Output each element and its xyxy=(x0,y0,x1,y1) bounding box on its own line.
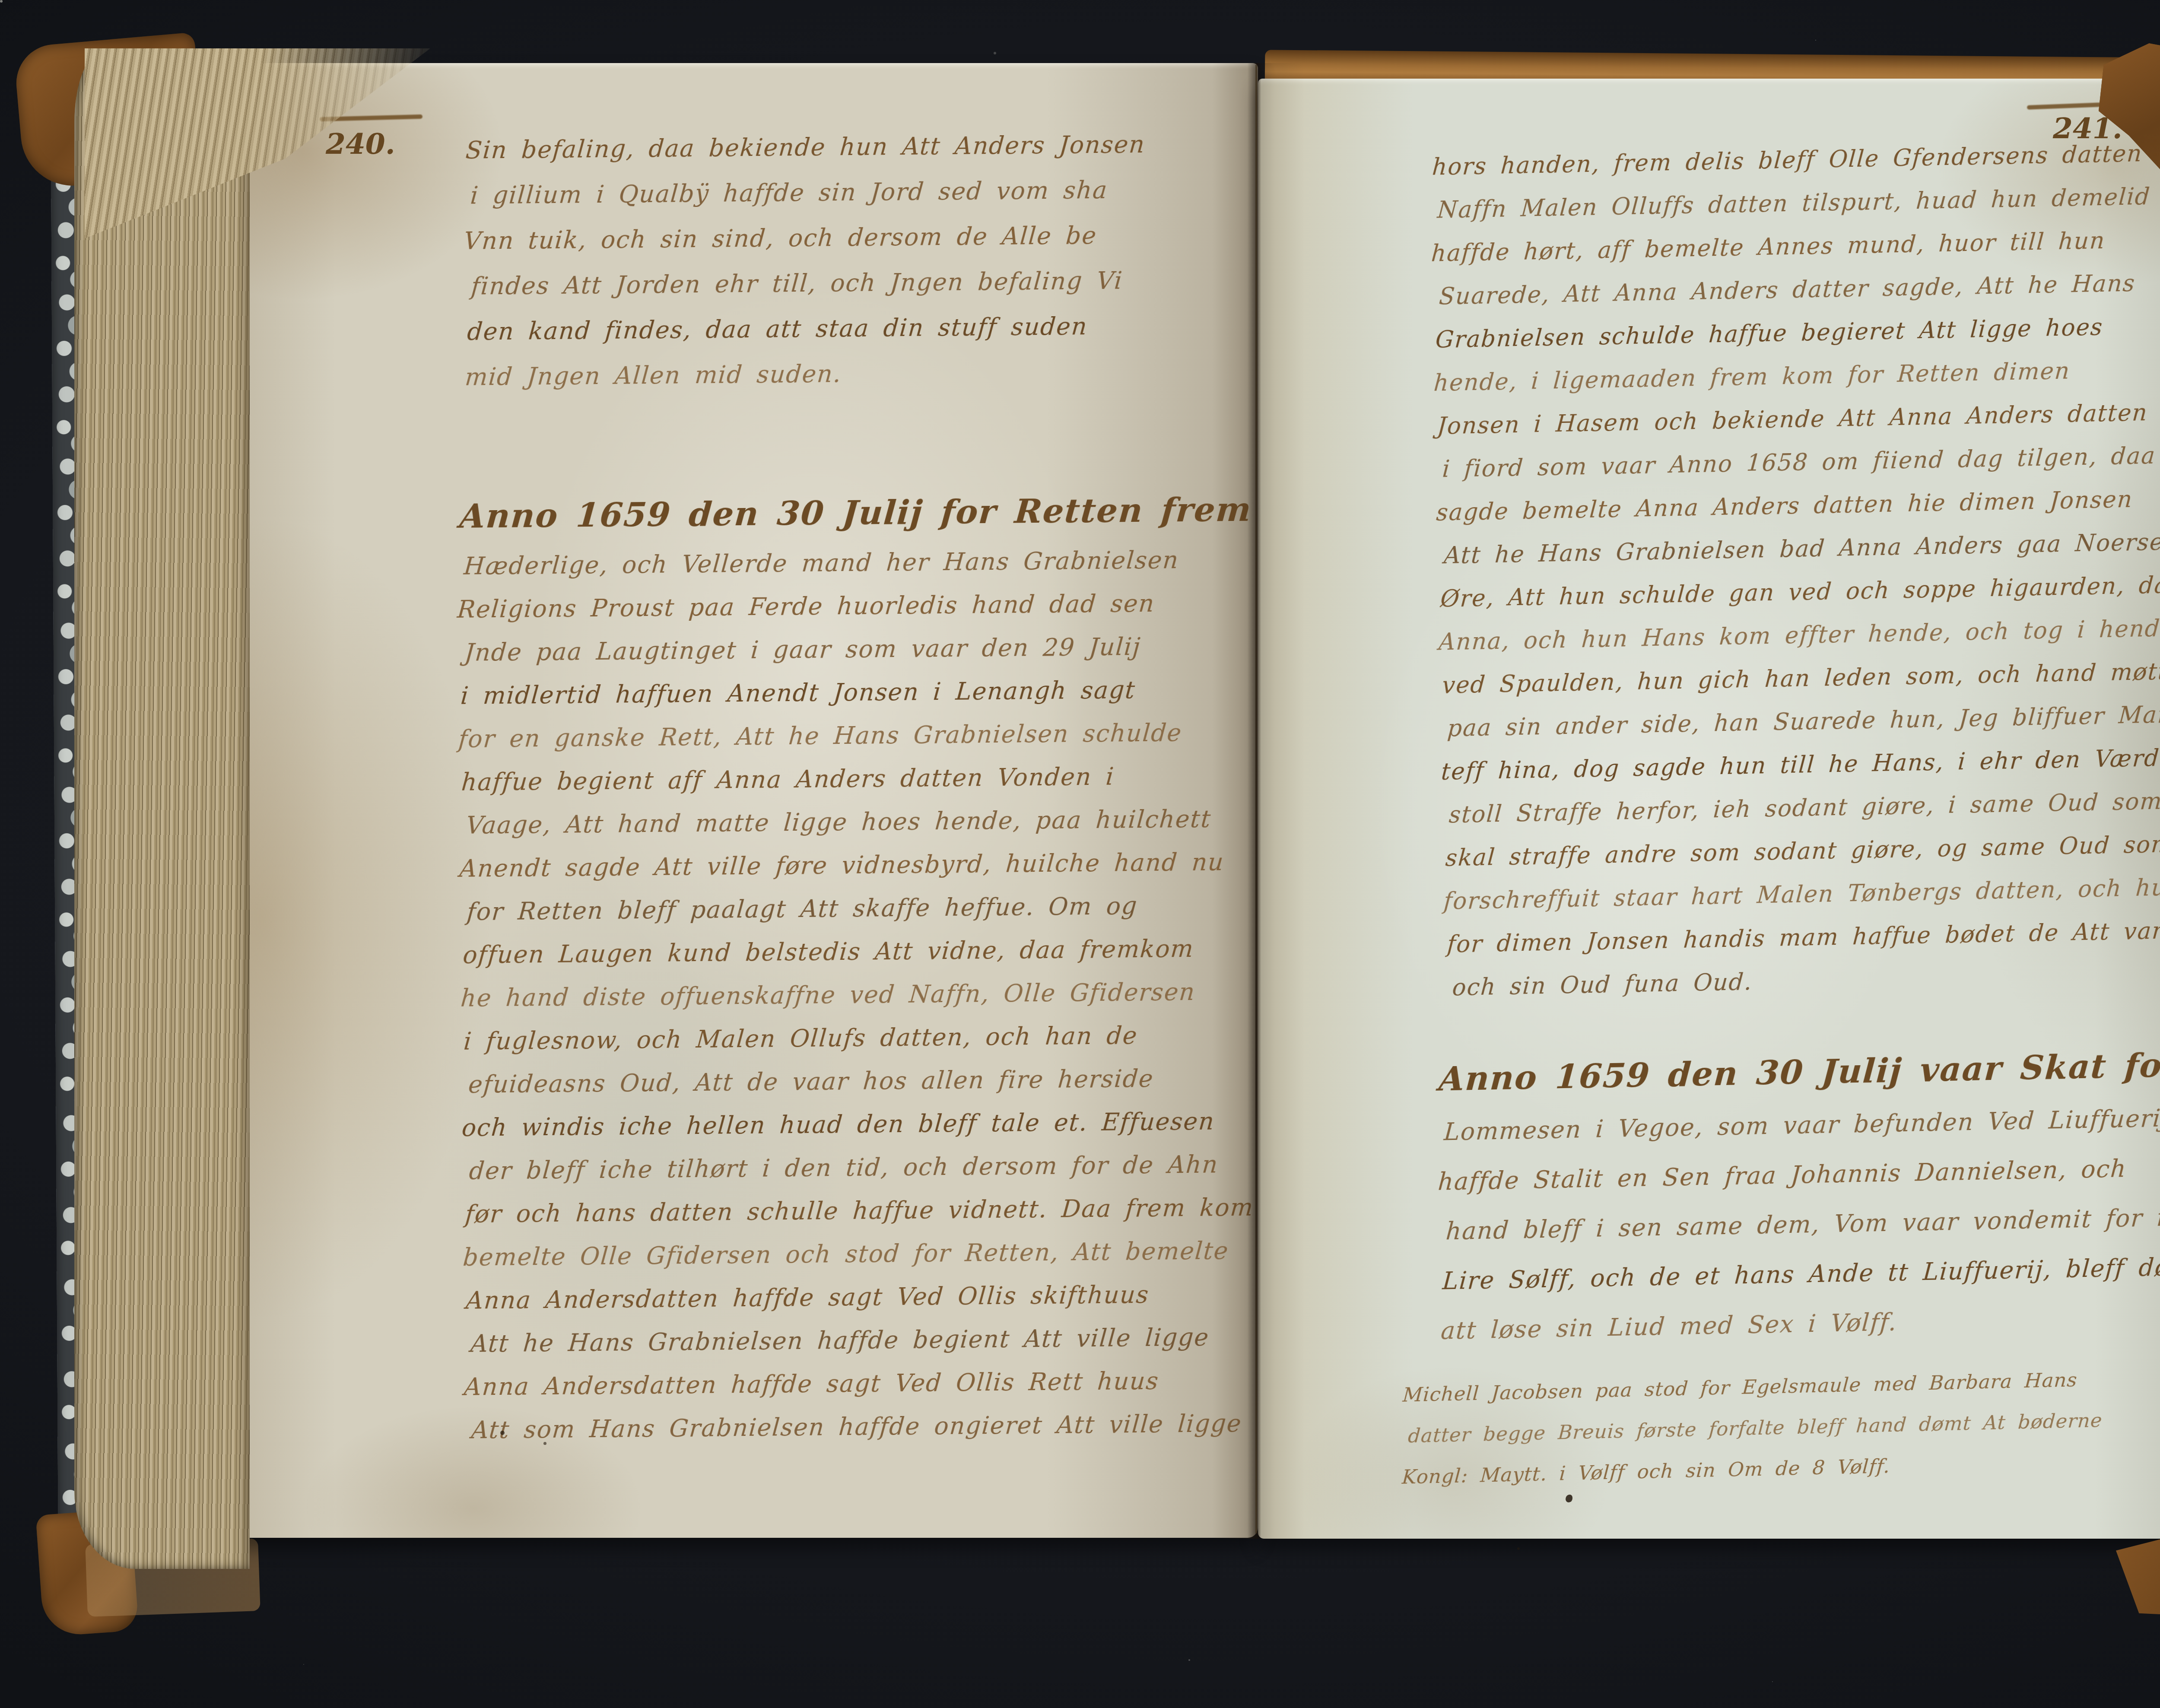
manuscript-line: he hand diste offuenskaffne ved Naffn, O… xyxy=(459,970,1256,1020)
manuscript-line: for en ganske Rett, Att he Hans Grabniel… xyxy=(457,711,1253,761)
manuscript-paragraph: Anno 1659 den 30 Julij for Retten frem k… xyxy=(457,482,1256,1452)
manuscript-line: den kand findes, daa att staa din stuff … xyxy=(466,302,1255,355)
archive-photo-background: 240. Sin befaling, daa bekiende hun Att … xyxy=(0,0,2160,1708)
manuscript-paragraph: Michell Jacobsen paa stod for Egelsmaule… xyxy=(1401,1356,2160,1498)
page-number-left: 240. xyxy=(326,127,395,161)
dust-specks xyxy=(0,0,3,3)
ink-blot xyxy=(1517,1547,1520,1550)
manuscript-line: Sin befaling, daa bekiende hun Att Ander… xyxy=(464,121,1254,173)
manuscript-line: Anendt sagde Att ville føre vidnesbyrd, … xyxy=(458,840,1255,890)
right-page: 241. hors handen, frem delis bleff Olle … xyxy=(1258,79,2160,1539)
manuscript-line: Vnn tuik, och sin sind, och dersom de Al… xyxy=(462,212,1255,264)
manuscript-paragraph: hors handen, frem delis bleff Olle Gfend… xyxy=(1430,131,2160,1010)
manuscript-line: Att he Hans Grabnielsen haffde begient A… xyxy=(469,1315,1259,1365)
manuscript-line: for Retten bleff paalagt Att skaffe heff… xyxy=(465,883,1255,933)
ink-blot xyxy=(1566,1495,1572,1502)
manuscript-line: Religions Proust paa Ferde huorledis han… xyxy=(456,581,1252,631)
manuscript-line: findes Att Jorden ehr till, och Jngen be… xyxy=(470,257,1255,309)
manuscript-paragraph: Sin befaling, daa bekiende hun Att Ander… xyxy=(464,121,1252,400)
manuscript-line: och windis iche hellen huad den bleff ta… xyxy=(460,1099,1257,1149)
manuscript-paragraph: Anno 1659 den 30 Julij vaar Skat for Ret… xyxy=(1436,1036,2160,1356)
ink-blot xyxy=(543,1442,546,1445)
manuscript-line: mid Jngen Allen mid suden. xyxy=(463,348,1255,400)
manuscript-line: bemelte Olle Gfidersen och stod for Rett… xyxy=(461,1229,1258,1279)
manuscript-line: Anno 1659 den 30 Julij for Retten frem k… xyxy=(457,482,1252,545)
manuscript-line: haffue begient aff Anna Anders datten Vo… xyxy=(460,754,1254,804)
manuscript-line: i midlertid haffuen Anendt Jonsen i Lena… xyxy=(459,667,1253,717)
manuscript-line: Anna Andersdatten haffde sagt Ved Ollis … xyxy=(464,1272,1258,1322)
manuscript-line: Hæderlige, och Vellerde mand her Hans Gr… xyxy=(462,538,1252,588)
manuscript-line: der bleff iche tilhørt i den tid, och de… xyxy=(467,1143,1257,1193)
manuscript-line: i fuglesnow, och Malen Ollufs datten, oc… xyxy=(462,1013,1256,1063)
manuscript-line: Vaage, Att hand matte ligge hoes hende, … xyxy=(464,797,1254,847)
left-page: 240. Sin befaling, daa bekiende hun Att … xyxy=(198,63,1258,1538)
manuscript-line: i gillium i Qualbÿ haffde sin Jord sed v… xyxy=(469,166,1254,219)
manuscript-line: før och hans datten schulle haffue vidne… xyxy=(464,1186,1258,1236)
book-gutter-shadow xyxy=(1212,63,1305,1539)
page-edge-stack-left xyxy=(74,54,250,1569)
book-gutter-crease xyxy=(1255,65,1257,1533)
manuscript-line: Anna Andersdatten haffde sagt Ved Ollis … xyxy=(463,1359,1259,1409)
manuscript-line: Jnde paa Laugtinget i gaar som vaar den … xyxy=(463,624,1253,674)
manuscript-line: Att som Hans Grabnielsen haffde ongieret… xyxy=(470,1402,1259,1452)
manuscript-line: offuen Laugen kund belstedis Att vidne, … xyxy=(461,927,1255,977)
manuscript-line: efuideasns Oud, Att de vaar hos allen fi… xyxy=(467,1056,1256,1106)
ink-blot xyxy=(500,1431,505,1435)
